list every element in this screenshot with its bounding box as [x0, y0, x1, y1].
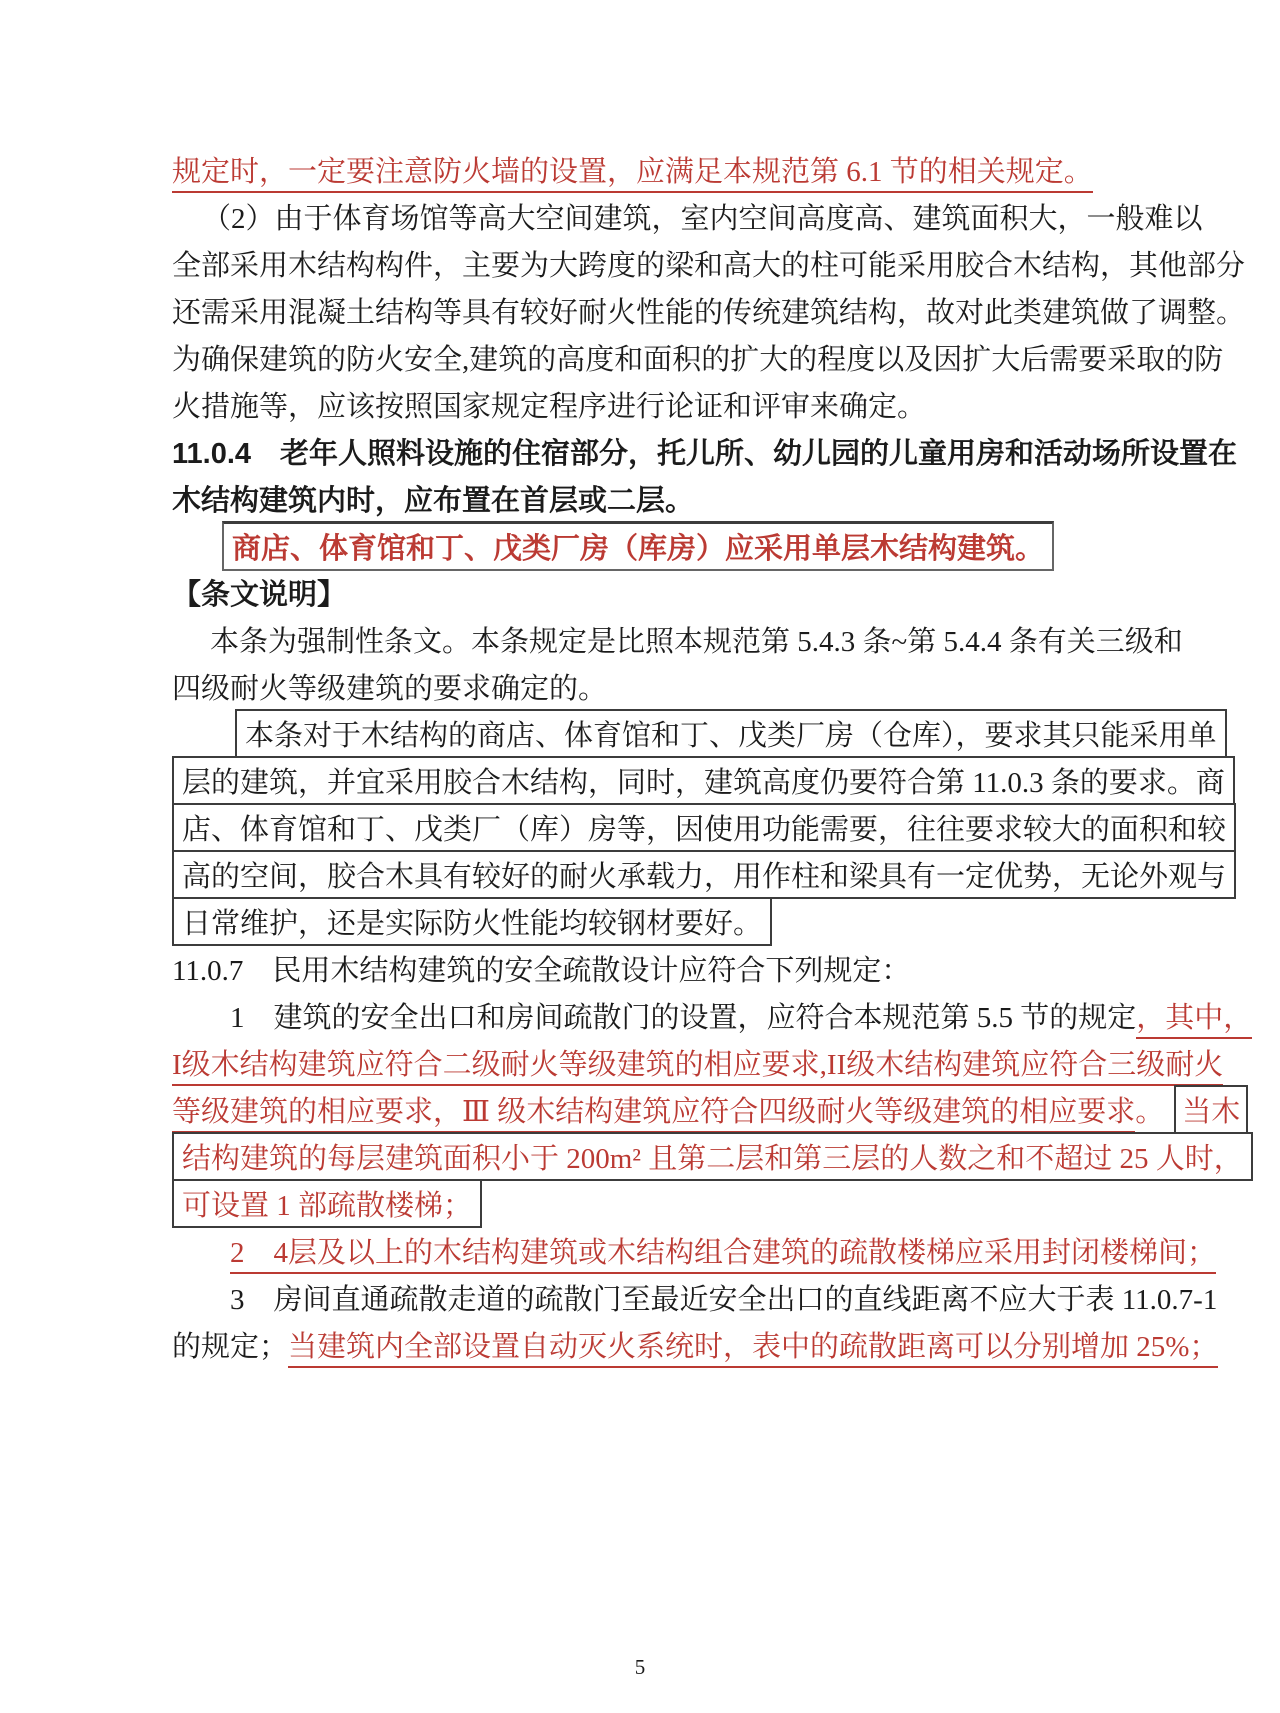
explanation-line-1: 本条为强制性条文。本条规定是比照本规范第 5.4.3 条~第 5.4.4 条有关… — [172, 616, 1108, 663]
para-2-line-5: 火措施等，应该按照国家规定程序进行论证和评审来确定。 — [172, 381, 1108, 428]
para-2-line-3: 还需采用混凝土结构等具有较好耐火性能的传统建筑结构，故对此类建筑做了调整。 — [172, 287, 1108, 334]
item-1-line-3-period: 。 — [1135, 1096, 1164, 1128]
item-3-line-1: 3 房间直通疏散走道的疏散门至最近安全出口的直线距离不应大于表 11.0.7-1 — [172, 1274, 1108, 1321]
boxed-note-line-4: 高的空间，胶合木具有较好的耐火承载力，用作柱和梁具有一定优势，无论外观与 — [172, 851, 1108, 898]
clause-11-0-4-line-2: 木结构建筑内时，应布置在首层或二层。 — [172, 475, 1108, 522]
boxed-note-line-3: 店、体育馆和丁、戊类厂（库）房等，因使用功能需要，往往要求较大的面积和较 — [172, 804, 1108, 851]
item-1-line-1: 1 建筑的安全出口和房间疏散门的设置，应符合本规范第 5.5 节的规定，其中， — [172, 992, 1108, 1039]
stair-box-line: 可设置 1 部疏散楼梯； — [172, 1180, 1108, 1227]
boxed-note-line-2: 层的建筑，并宜采用胶合木结构，同时，建筑高度仍要符合第 11.0.3 条的要求。… — [172, 757, 1108, 804]
area-limit-box-line: 结构建筑的每层建筑面积小于 200m² 且第二层和第三层的人数之和不超过 25 … — [172, 1133, 1108, 1180]
page-number: 5 — [0, 1655, 1280, 1680]
item-3-black-text: 的规定； — [172, 1331, 288, 1363]
item-3-line-2: 的规定；当建筑内全部设置自动灭火系统时，表中的疏散距离可以分别增加 25%； — [172, 1321, 1108, 1368]
area-limit-box-start: 当木 — [1174, 1085, 1248, 1134]
item-1-red-tail: ，其中， — [1136, 1002, 1252, 1039]
para-2-line-2: 全部采用木结构构件，主要为大跨度的梁和高大的柱可能采用胶合木结构，其他部分 — [172, 240, 1108, 287]
item-1-black-text: 1 建筑的安全出口和房间疏散门的设置，应符合本规范第 5.5 节的规定 — [230, 1002, 1136, 1034]
para-2-line-4: 为确保建筑的防火安全,建筑的高度和面积的扩大的程度以及因扩大后需要采取的防 — [172, 334, 1108, 381]
boxed-note-line-1: 本条对于木结构的商店、体育馆和丁、戊类厂房（仓库），要求其只能采用单 — [172, 710, 1108, 757]
item-3-red-text: 当建筑内全部设置自动灭火系统时，表中的疏散距离可以分别增加 25%； — [288, 1331, 1218, 1368]
boxed-note-line-5: 日常维护，还是实际防火性能均较钢材要好。 — [172, 898, 1108, 945]
carryover-line: 规定时，一定要注意防火墙的设置，应满足本规范第 6.1 节的相关规定。 — [172, 146, 1108, 193]
mandatory-rule-box: 商店、体育馆和丁、戊类厂房（库房）应采用单层木结构建筑。 — [222, 521, 1054, 571]
item-1-line-2: I级木结构建筑应符合二级耐火等级建筑的相应要求,II级木结构建筑应符合三级耐火 — [172, 1039, 1108, 1086]
document-page: 规定时，一定要注意防火墙的设置，应满足本规范第 6.1 节的相关规定。 （2）由… — [172, 146, 1108, 1368]
item-1-line-3: 等级建筑的相应要求，Ⅲ 级木结构建筑应符合四级耐火等级建筑的相应要求。当木 — [172, 1086, 1108, 1133]
carryover-red-text: 规定时，一定要注意防火墙的设置，应满足本规范第 6.1 节的相关规定。 — [172, 156, 1093, 193]
mandatory-rule-box-line: 商店、体育馆和丁、戊类厂房（库房）应采用单层木结构建筑。 — [172, 522, 1108, 569]
clause-11-0-4-line-1: 11.0.4 老年人照料设施的住宿部分，托儿所、幼儿园的儿童用房和活动场所设置在 — [172, 428, 1108, 475]
explanation-line-2: 四级耐火等级建筑的要求确定的。 — [172, 663, 1108, 710]
para-2-line-1: （2）由于体育场馆等高大空间建筑，室内空间高度高、建筑面积大，一般难以 — [172, 193, 1108, 240]
item-2-line: 2 4层及以上的木结构建筑或木结构组合建筑的疏散楼梯应采用封闭楼梯间； — [172, 1227, 1108, 1274]
clause-11-0-7-heading: 11.0.7 民用木结构建筑的安全疏散设计应符合下列规定： — [172, 945, 1108, 992]
explanation-header: 【条文说明】 — [172, 569, 1108, 616]
